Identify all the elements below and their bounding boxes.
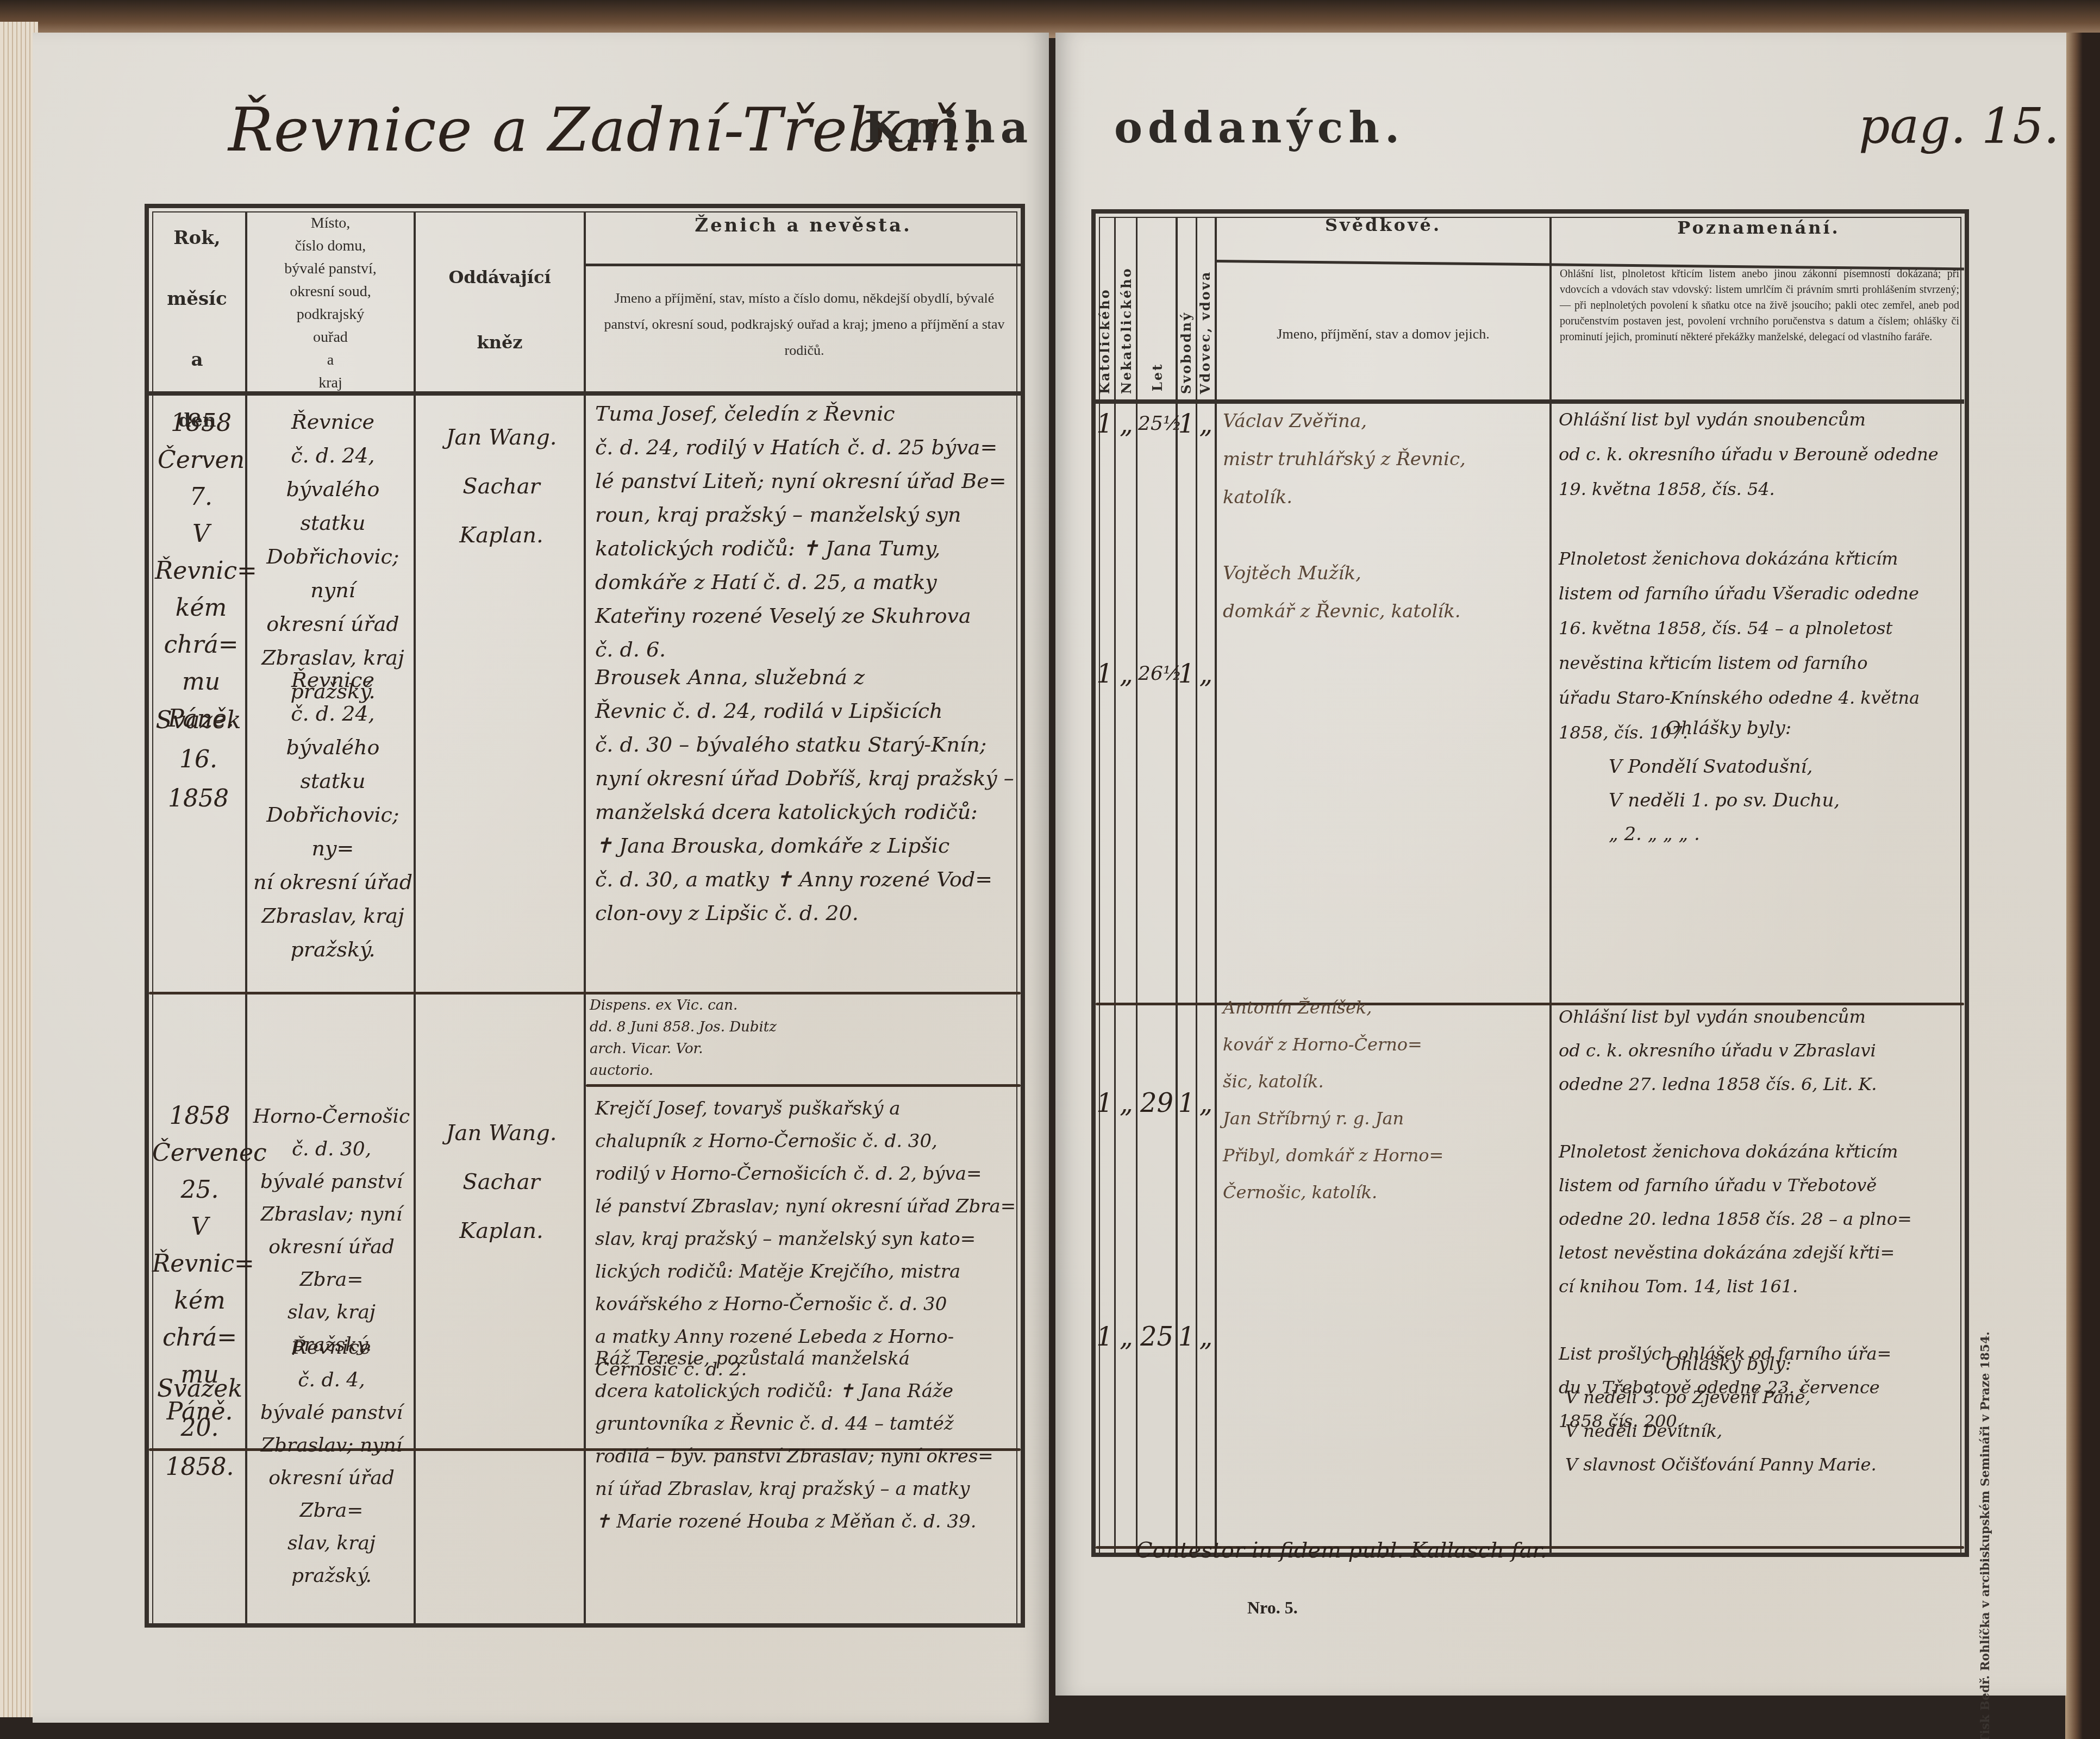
- entry2-groom-catholic: 1: [1095, 1081, 1114, 1125]
- entry2-banns-title: Ohlášky byly:: [1559, 1342, 1964, 1386]
- right-col-divider-catholic: [1114, 217, 1116, 1554]
- entry1-groom-noncatholic: „: [1117, 402, 1136, 446]
- page-number: pag. 15.: [1859, 98, 2059, 155]
- entry2-groom-place: Horno-Černošic č. d. 30, bývalé panství …: [250, 1100, 413, 1361]
- entry1-svazek: Svazek 16. 1858: [152, 701, 245, 818]
- entry2-bride-single: 1: [1177, 1315, 1196, 1359]
- entry1-banns: V Pondělí Svatodušní, V neděli 1. po sv.…: [1609, 750, 1935, 851]
- entry1-bride-place: Řevnice č. d. 24, bývalého statku Dobřic…: [253, 663, 413, 966]
- entry1-bride-single: 1: [1177, 652, 1196, 696]
- closing-attestation: Contestor in fidem publ. Kallasch far.: [1136, 1538, 1547, 1563]
- col-header-place: Místo, číslo domu, bývalé panství, okres…: [247, 212, 414, 395]
- col-header-bride-groom-sub: Jmeno a příjmění, stav, místo a číslo do…: [603, 285, 1005, 364]
- entry1-notes: Ohlášní list byl vydán snoubencům od c. …: [1559, 402, 1964, 750]
- entry1-banns-title: Ohlášky byly:: [1559, 706, 1964, 750]
- entry2-groom-noncatholic: „: [1117, 1081, 1136, 1125]
- entry2-bride-place: Řevnice č. d. 4, bývalé panství Zbraslav…: [250, 1331, 413, 1592]
- entry2-groom-age: 29: [1138, 1081, 1176, 1125]
- title-oddanych: oddaných.: [1114, 103, 1405, 153]
- col-header-priest: Oddávající kněz: [416, 261, 584, 359]
- entry2-groom-single: 1: [1177, 1081, 1196, 1125]
- entry1-groom-widowed: „: [1197, 402, 1215, 446]
- col-header-bride-groom: Ženich a nevěsta.: [586, 215, 1021, 236]
- entry2-groom: Krejčí Josef, tovaryš puškařský a chalup…: [595, 1092, 1024, 1386]
- entry2-bride-noncatholic: „: [1117, 1315, 1136, 1359]
- right-col-divider-widowed: [1215, 217, 1217, 1554]
- entry1-priest: Jan Wang. Sachar Kaplan.: [421, 413, 582, 560]
- entry1-groom-age: 25½: [1138, 402, 1176, 446]
- book-fore-edge: [2065, 33, 2100, 1739]
- entry1-bride-catholic: 1: [1095, 652, 1114, 696]
- col-header-notes-sub: Ohlášní list, plnoletost křticím listem …: [1560, 266, 1959, 345]
- entry2-priest: Jan Wang. Sachar Kaplan.: [421, 1109, 582, 1255]
- col-header-witnesses: Svědkové.: [1217, 215, 1549, 235]
- entry2-dispensation-note: Dispens. ex Vic. can. dd. 8 Juni 858. Jo…: [590, 994, 894, 1081]
- left-col-divider-3: [584, 212, 586, 1625]
- form-number: Nro. 5.: [1247, 1598, 1298, 1618]
- entry2-svazek: Svazek 20. 1858.: [152, 1369, 247, 1487]
- entry1-date: 1858 Červen 7. V Řevnic= kém chrá= mu Pá…: [155, 405, 247, 737]
- col-header-notes: Poznamenání.: [1552, 217, 1965, 238]
- col-header-age: Let: [1149, 359, 1165, 391]
- entry1-witnesses: Václav Zvěřina, mistr truhlářský z Řevni…: [1223, 402, 1549, 630]
- left-header-subline: [586, 264, 1021, 266]
- col-header-date: Rok, měsíc a den: [149, 223, 245, 436]
- entry2-bride-widowed: „: [1197, 1315, 1215, 1359]
- entry2-bride-catholic: 1: [1095, 1315, 1114, 1359]
- left-annotation-divider: [586, 1084, 1021, 1087]
- entry1-groom: Tuma Josef, čeledín z Řevnic č. d. 24, r…: [595, 397, 1024, 666]
- title-kniha: Kniha: [864, 103, 1033, 153]
- entry2-bride: Ráž Teresie, pozůstalá manželská dcera k…: [595, 1342, 1024, 1538]
- entry2-bride-age: 25: [1138, 1315, 1176, 1359]
- entry2-witnesses: Antonín Ženíšek, kovář z Horno-Černo= ši…: [1223, 989, 1549, 1211]
- col-header-noncatholic: Nekatolického: [1118, 255, 1134, 394]
- entry1-bride-age: 26½: [1138, 652, 1176, 696]
- entry1-bride: Brousek Anna, služebná z Řevnic č. d. 24…: [595, 660, 1024, 930]
- col-header-catholic: Katolického: [1097, 274, 1112, 394]
- col-header-witnesses-sub: Jmeno, příjmění, stav a domov jejich.: [1217, 326, 1549, 342]
- entry1-groom-single: 1: [1177, 402, 1196, 446]
- entry2-groom-widowed: „: [1197, 1081, 1215, 1125]
- entry1-groom-catholic: 1: [1095, 402, 1114, 446]
- printer-imprint: Tisk Bedř. Rohlíčka v arcibiskupském Sem…: [1978, 1331, 1992, 1739]
- right-col-divider-notes: [1549, 217, 1552, 1554]
- col-header-single: Svobodný: [1178, 302, 1194, 394]
- left-col-divider-2: [414, 212, 416, 1625]
- col-header-widowed: Vdovec, vdova: [1197, 258, 1213, 394]
- entry1-bride-noncatholic: „: [1117, 652, 1136, 696]
- right-col-divider-noncatholic: [1136, 217, 1137, 1554]
- entry2-banns: V neděli 3. po Zjevení Páně, V neděli De…: [1565, 1380, 1957, 1481]
- entry1-bride-widowed: „: [1197, 652, 1215, 696]
